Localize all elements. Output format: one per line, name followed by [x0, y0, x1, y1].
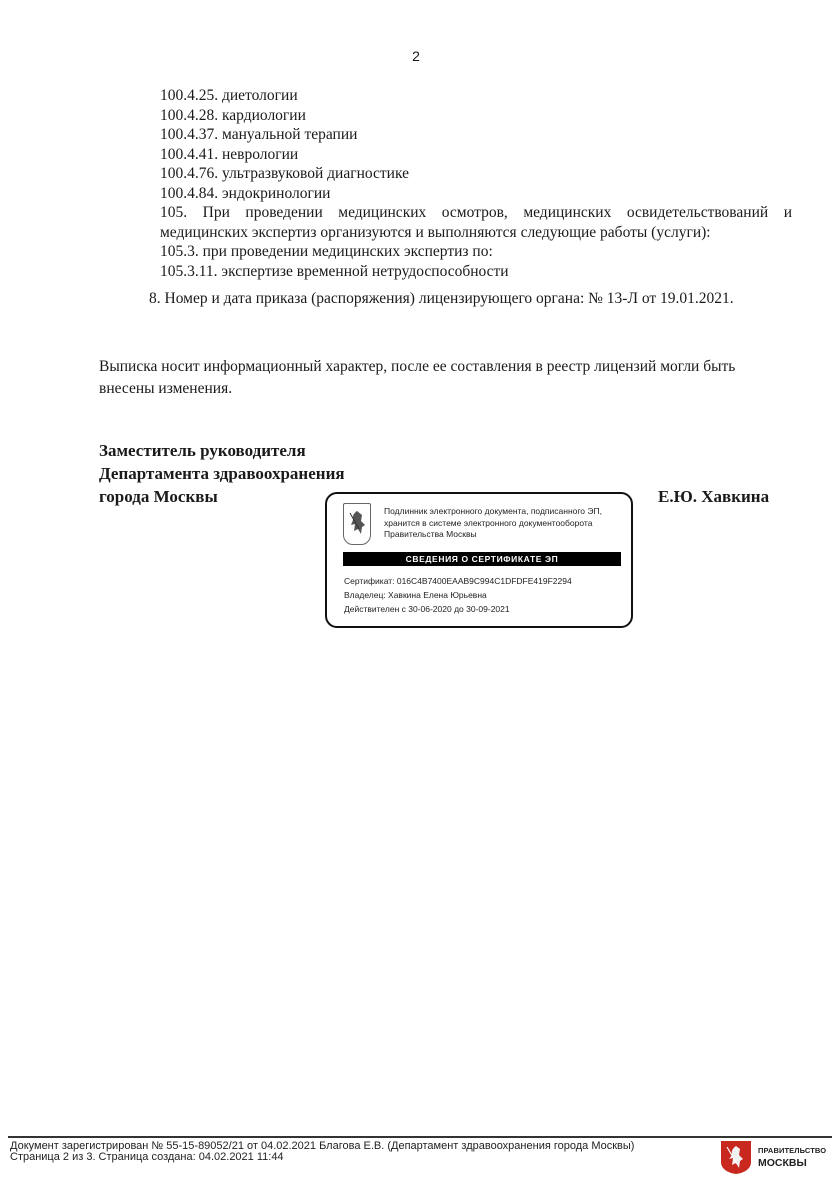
section-105-line1: 105. При проведении медицинских осмотров… [160, 203, 792, 223]
stamp-intro-line: Правительства Москвы [384, 529, 602, 541]
signer-title-line: города Москвы [99, 485, 345, 508]
list-item: 100.4.37. мануальной терапии [160, 125, 409, 145]
disclaimer-note: Выписка носит информационный характер, п… [99, 356, 793, 400]
section-105: 105. При проведении медицинских осмотров… [160, 203, 792, 281]
brand-line-2: МОСКВЫ [758, 1157, 826, 1169]
signer-title-line: Департамента здравоохранения [99, 462, 345, 485]
section-105-line2: медицинских экспертиз организуются и вып… [160, 223, 792, 243]
stamp-header: СВЕДЕНИЯ О СЕРТИФИКАТЕ ЭП [343, 552, 621, 566]
footer-page-info: Страница 2 из 3. Страница создана: 04.02… [10, 1152, 634, 1163]
electronic-signature-stamp: Подлинник электронного документа, подпис… [325, 492, 633, 628]
footer-registration: Документ зарегистрирован № 55-15-89052/2… [10, 1141, 634, 1163]
order-number-item: 8. Номер и дата приказа (распоряжения) л… [149, 290, 734, 308]
stamp-intro-line: Подлинник электронного документа, подпис… [384, 506, 602, 518]
certificate-number: Сертификат: 016C4B7400EAAB9C994C1DFDFE41… [344, 574, 572, 588]
section-105-3: 105.3. при проведении медицинских экспер… [160, 242, 792, 262]
services-list: 100.4.25. диетологии 100.4.28. кардиолог… [160, 86, 409, 203]
footer-brand: ПРАВИТЕЛЬСТВО МОСКВЫ [758, 1145, 826, 1169]
list-item: 100.4.41. неврологии [160, 145, 409, 165]
signer-title-line: Заместитель руководителя [99, 439, 345, 462]
certificate-owner: Владелец: Хавкина Елена Юрьевна [344, 588, 572, 602]
stamp-intro: Подлинник электронного документа, подпис… [384, 506, 602, 541]
certificate-details: Сертификат: 016C4B7400EAAB9C994C1DFDFE41… [344, 574, 572, 616]
brand-line-1: ПРАВИТЕЛЬСТВО [758, 1145, 826, 1157]
signer-title: Заместитель руководителя Департамента зд… [99, 439, 345, 508]
list-item: 100.4.28. кардиологии [160, 106, 409, 126]
footer-divider [8, 1136, 832, 1138]
list-item: 100.4.25. диетологии [160, 86, 409, 106]
page-number: 2 [0, 48, 832, 64]
moscow-government-logo-icon [720, 1140, 752, 1175]
stamp-intro-line: хранится в системе электронного документ… [384, 518, 602, 530]
coat-of-arms-icon [343, 503, 371, 545]
certificate-validity: Действителен с 30-06-2020 до 30-09-2021 [344, 602, 572, 616]
list-item: 100.4.76. ультразвуковой диагностике [160, 164, 409, 184]
signer-name: Е.Ю. Хавкина [658, 487, 769, 507]
list-item: 100.4.84. эндокринологии [160, 184, 409, 204]
section-105-3-11: 105.3.11. экспертизе временной нетрудосп… [160, 262, 792, 282]
